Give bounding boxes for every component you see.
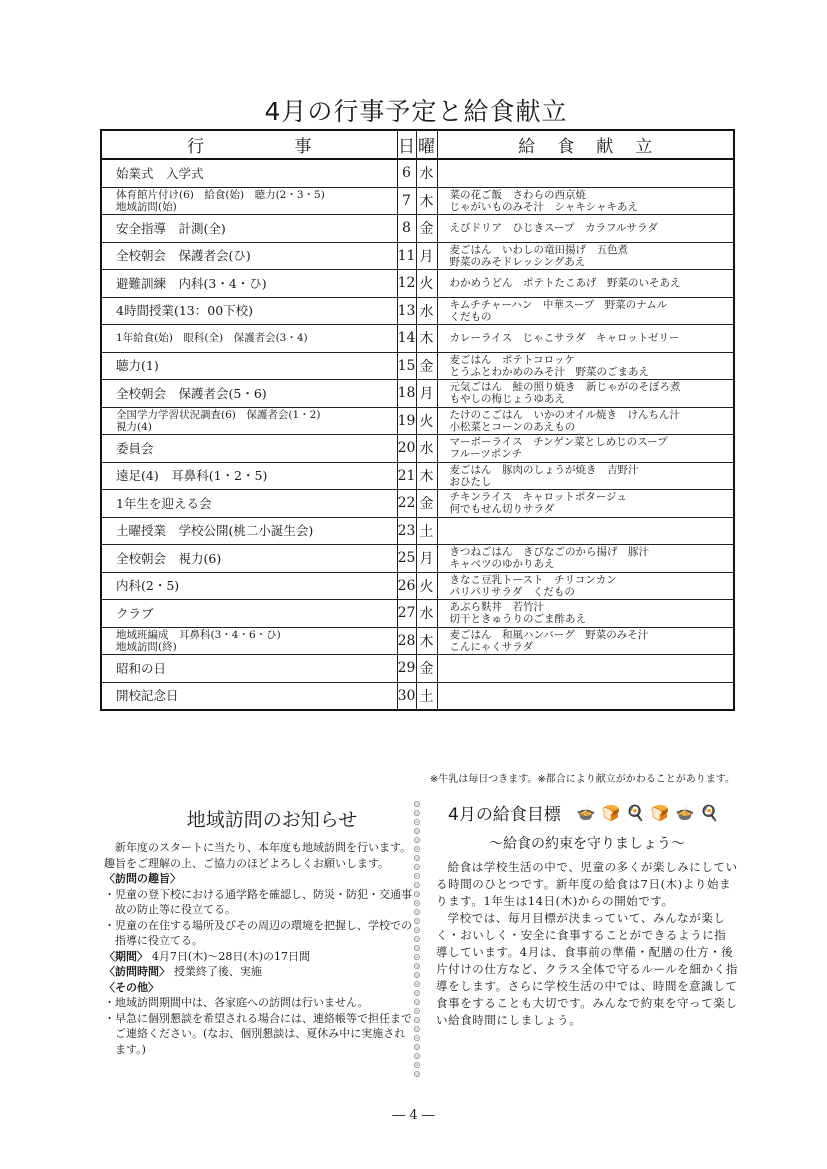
menu-line: パリパリサラダ くだもの [450,586,734,598]
food-icons: 🍲 🍞 🍳 🍞 🍲 🍳 [577,804,719,822]
event-cell: 内科(2・5) [101,572,397,600]
menu-line: 麦ごはん 豚肉のしょうが焼き 吉野汁 [450,464,734,476]
event-cell: 全校朝会 保護者会(5・6) [101,380,397,408]
day-cell: 29 [397,655,416,683]
event-line: クラブ [116,607,397,620]
visit-intro: 新年度のスタートに当たり、本年度も地域訪問を行います。趣旨をご理解の上、ご協力の… [104,840,412,871]
smiley-icon: ☹ [413,1007,420,1016]
smiley-icon: ☺ [413,998,420,1007]
event-line: 避難訓練 内科(3・4・ひ) [116,277,397,290]
smiley-icon: ☹ [413,872,420,881]
header-menu: 給 食 献 立 [437,130,734,159]
day-cell: 19 [397,407,416,435]
menu-cell: 麦ごはん ポテトコロッケとうふとわかめのみそ汁 野菜のごまあえ [437,352,734,380]
page-title: 4月の行事予定と給食献立 [100,92,732,128]
menu-line: フルーツポンチ [450,448,734,460]
other-item: ・地域訪問期間中は、各家庭への訪問は行いません。 [104,995,412,1011]
smiley-icon: ☺ [413,854,420,863]
smiley-icon: ☺ [413,989,420,998]
purpose-item: ・児童の登下校における通学路を確認し、防災・防犯・交通事故の防止等に役立てる。 [104,887,412,918]
smiley-icon: ☺ [413,917,420,926]
smiley-icon: ☺ [413,881,420,890]
event-cell: 安全指導 計測(全) [101,215,397,243]
menu-line: 麦ごはん ポテトコロッケ [450,354,734,366]
menu-line: チキンライス キャロットポタージュ [450,491,734,503]
menu-cell [437,682,734,710]
menu-cell: えびドリア ひじきスープ カラフルサラダ [437,215,734,243]
menu-cell: わかめうどん ポテトたこあげ 野菜のいそあえ [437,270,734,298]
smiley-icon: ☹ [413,818,420,827]
smiley-icon: ☺ [413,1025,420,1034]
menu-line: おひたし [450,476,734,488]
day-cell: 7 [397,187,416,215]
event-cell: 地域班編成 耳鼻科(3・4・6・ひ)地域訪問(終) [101,627,397,655]
smiley-icon: ☹ [413,899,420,908]
table-row: 避難訓練 内科(3・4・ひ)12火わかめうどん ポテトたこあげ 野菜のいそあえ [101,270,734,298]
smiley-icon: ☺ [413,1016,420,1025]
soup-bowl-icon: 🍲 [676,804,695,822]
menu-line: 麦ごはん いわしの竜田揚げ 五色煮 [450,244,734,256]
weekday-cell: 月 [416,380,437,408]
weekday-cell: 水 [416,435,437,463]
soup-bowl-icon: 🍲 [577,804,596,822]
table-row: 全校朝会 保護者会(5・6)18月元気ごはん 鮭の照り焼き 新じゃがのそぼろ煮も… [101,380,734,408]
header-dow: 曜 [416,130,437,159]
weekday-cell: 土 [416,517,437,545]
menu-line: こんにゃくサラダ [450,641,734,653]
schedule-table: 行 事 日 曜 給 食 献 立 始業式 入学式6水体育館片付け(6) 給食(始)… [100,129,735,711]
smiley-icon: ☺ [413,908,420,917]
table-row: 地域班編成 耳鼻科(3・4・6・ひ)地域訪問(終)28木麦ごはん 和風ハンバーグ… [101,627,734,655]
table-row: 1年給食(始) 眼科(全) 保護者会(3・4)14木カレーライス じゃこサラダ … [101,325,734,353]
header-menu-char: 立 [635,132,652,157]
weekday-cell: 月 [416,242,437,270]
event-line: 体育館片付け(6) 給食(始) 聴力(2・3・5) [116,189,397,201]
event-line: 地域班編成 耳鼻科(3・4・6・ひ) [116,629,397,641]
menu-line: わかめうどん ポテトたこあげ 野菜のいそあえ [450,277,734,289]
menu-cell: マーボーライス チンゲン菜としめじのスープフルーツポンチ [437,435,734,463]
table-row: 全校朝会 保護者会(ひ)11月麦ごはん いわしの竜田揚げ 五色煮野菜のみそドレッ… [101,242,734,270]
smiley-divider: ☺☺☹☺☺☹☺☺☹☺☺☹☺☺☹☺☺☹☺☺☹☺☺☹☺☺☹☺☺☹☺ [411,800,423,1090]
event-line: 内科(2・5) [116,579,397,592]
table-row: 始業式 入学式6水 [101,159,734,187]
menu-line: 元気ごはん 鮭の照り焼き 新じゃがのそぼろ煮 [450,381,734,393]
weekday-cell: 水 [416,600,437,628]
lunch-title: 4月の給食目標 [448,800,561,825]
period-label: 〈期間〉 [104,950,148,963]
menu-line: 麦ごはん 和風ハンバーグ 野菜のみそ汁 [450,629,734,641]
period-value: 4月7日(木)～28日(木)の17日間 [152,950,310,963]
table-row: 全国学力学習状況調査(6) 保護者会(1・2)視力(4)19火たけのこごはん い… [101,407,734,435]
smiley-icon: ☹ [413,926,420,935]
time-label: 〈訪問時間〉 [104,965,170,978]
lunch-goal: 4月の給食目標 🍲 🍞 🍳 🍞 🍲 🍳 ～給食の約束を守りましょう～ 給食は学校… [436,800,738,1029]
weekday-cell: 水 [416,159,437,187]
table-row: 委員会20水マーボーライス チンゲン菜としめじのスープフルーツポンチ [101,435,734,463]
menu-line: くだもの [450,311,734,323]
event-line: 土曜授業 学校公開(桃二小誕生会) [116,524,397,537]
event-line: 開校記念日 [116,689,397,702]
event-line: 全校朝会 視力(6) [116,552,397,565]
smiley-icon: ☺ [413,827,420,836]
event-cell: クラブ [101,600,397,628]
header-events-a: 行 [187,132,204,157]
event-line: 地域訪問(始) [116,201,397,213]
menu-line: 切干ときゅうりのごま酢あえ [450,613,734,625]
event-cell: 委員会 [101,435,397,463]
menu-cell: 元気ごはん 鮭の照り焼き 新じゃがのそぼろ煮もやしの梅じょうゆあえ [437,380,734,408]
menu-cell: 麦ごはん いわしの竜田揚げ 五色煮野菜のみそドレッシングあえ [437,242,734,270]
event-line: 安全指導 計測(全) [116,222,397,235]
event-line: 1年生を迎える会 [116,497,397,510]
event-line: 4時間授業(13：00下校) [116,304,397,317]
table-row: 昭和の日29金 [101,655,734,683]
day-cell: 12 [397,270,416,298]
period-row: 〈期間〉 4月7日(木)～28日(木)の17日間 [104,949,412,965]
purpose-item: ・児童の在住する場所及びその周辺の環境を把握し、学校での指導に役立てる。 [104,918,412,949]
menu-cell: 麦ごはん 豚肉のしょうが焼き 吉野汁おひたし [437,462,734,490]
smiley-icon: ☺ [413,935,420,944]
weekday-cell: 木 [416,627,437,655]
event-cell: 開校記念日 [101,682,397,710]
event-cell: 聴力(1) [101,352,397,380]
menu-cell: きなこ豆乳トースト チリコンカンパリパリサラダ くだもの [437,572,734,600]
menu-line: マーボーライス チンゲン菜としめじのスープ [450,436,734,448]
event-cell: 1年生を迎える会 [101,490,397,518]
fried-egg-icon: 🍳 [700,804,719,822]
day-cell: 28 [397,627,416,655]
smiley-icon: ☺ [413,836,420,845]
event-line: 昭和の日 [116,662,397,675]
weekday-cell: 火 [416,407,437,435]
menu-line: キムチチャーハン 中華スープ 野菜のナムル [450,299,734,311]
day-cell: 6 [397,159,416,187]
event-cell: 1年給食(始) 眼科(全) 保護者会(3・4) [101,325,397,353]
weekday-cell: 水 [416,297,437,325]
event-line: 全校朝会 保護者会(5・6) [116,387,397,400]
lunch-para-1: 給食は学校生活の中で、児童の多くが楽しみにしている時間のひとつです。新年度の給食… [436,859,738,910]
weekday-cell: 木 [416,187,437,215]
menu-line: キャベツのゆかりあえ [450,558,734,570]
day-cell: 20 [397,435,416,463]
weekday-cell: 金 [416,352,437,380]
menu-line: きなこ豆乳トースト チリコンカン [450,574,734,586]
event-line: 全国学力学習状況調査(6) 保護者会(1・2) [116,409,397,421]
smiley-icon: ☺ [413,962,420,971]
event-cell: 昭和の日 [101,655,397,683]
event-cell: 全校朝会 保護者会(ひ) [101,242,397,270]
smiley-icon: ☹ [413,1034,420,1043]
menu-cell: たけのこごはん いかのオイル焼き けんちん汁小松菜とコーンのあえもの [437,407,734,435]
table-header: 行 事 日 曜 給 食 献 立 [101,130,734,159]
menu-line: 何でもせん切りサラダ [450,503,734,515]
smiley-icon: ☺ [413,944,420,953]
weekday-cell: 火 [416,270,437,298]
menu-cell [437,159,734,187]
header-day: 日 [397,130,416,159]
smiley-icon: ☺ [413,863,420,872]
purpose-label: 〈訪問の趣旨〉 [104,871,412,887]
event-cell: 全校朝会 視力(6) [101,545,397,573]
day-cell: 23 [397,517,416,545]
menu-cell: あぶら麩丼 若竹汁切干ときゅうりのごま酢あえ [437,600,734,628]
smiley-icon: ☺ [413,1043,420,1052]
menu-line: カレーライス じゃこサラダ キャロットゼリー [450,332,734,344]
day-cell: 14 [397,325,416,353]
smiley-icon: ☺ [413,809,420,818]
smiley-icon: ☺ [413,890,420,899]
day-cell: 22 [397,490,416,518]
event-line: 聴力(1) [116,359,397,372]
menu-cell: 菜の花ご飯 さわらの西京焼じゃがいものみそ汁 シャキシャキあえ [437,187,734,215]
smiley-icon: ☺ [413,1070,420,1079]
day-cell: 27 [397,600,416,628]
menu-line: 小松菜とコーンのあえもの [450,421,734,433]
time-row: 〈訪問時間〉 授業終了後、実施 [104,964,412,980]
menu-cell: きつねごはん きびなごのから揚げ 豚汁キャベツのゆかりあえ [437,545,734,573]
header-events-b: 事 [294,132,311,157]
day-cell: 18 [397,380,416,408]
event-cell: 土曜授業 学校公開(桃二小誕生会) [101,517,397,545]
smiley-icon: ☹ [413,845,420,854]
table-row: 体育館片付け(6) 給食(始) 聴力(2・3・5)地域訪問(始)7木菜の花ご飯 … [101,187,734,215]
header-menu-char: 給 [518,132,535,157]
event-line: 始業式 入学式 [116,167,397,180]
weekday-cell: 土 [416,682,437,710]
day-cell: 25 [397,545,416,573]
menu-cell: カレーライス じゃこサラダ キャロットゼリー [437,325,734,353]
menu-line: えびドリア ひじきスープ カラフルサラダ [450,222,734,234]
day-cell: 30 [397,682,416,710]
page-number: ― 4 ― [0,1108,827,1123]
event-cell: 避難訓練 内科(3・4・ひ) [101,270,397,298]
smiley-icon: ☺ [413,971,420,980]
weekday-cell: 木 [416,462,437,490]
day-cell: 13 [397,297,416,325]
bread-icon: 🍞 [651,804,670,822]
menu-cell [437,517,734,545]
event-line: 遠足(4) 耳鼻科(1・2・5) [116,469,397,482]
menu-line: もやしの梅じょうゆあえ [450,393,734,405]
other-item: ・早急に個別懇談を希望される場合には、連絡帳等で担任までご連絡ください。(なお、… [104,1011,412,1058]
menu-line: あぶら麩丼 若竹汁 [450,601,734,613]
time-value: 授業終了後、実施 [174,965,262,978]
table-row: 聴力(1)15金麦ごはん ポテトコロッケとうふとわかめのみそ汁 野菜のごまあえ [101,352,734,380]
day-cell: 26 [397,572,416,600]
lunch-para-2: 学校では、毎月目標が決まっていて、みんなが楽しく・おいしく・安全に食事することが… [436,910,738,1029]
weekday-cell: 金 [416,215,437,243]
menu-line: とうふとわかめのみそ汁 野菜のごまあえ [450,366,734,378]
smiley-icon: ☹ [413,1061,420,1070]
event-cell: 始業式 入学式 [101,159,397,187]
event-cell: 遠足(4) 耳鼻科(1・2・5) [101,462,397,490]
visit-notice: 地域訪問のお知らせ 新年度のスタートに当たり、本年度も地域訪問を行います。趣旨を… [104,805,412,1057]
menu-line: じゃがいものみそ汁 シャキシャキあえ [450,201,734,213]
table-row: 開校記念日30土 [101,682,734,710]
event-line: 1年給食(始) 眼科(全) 保護者会(3・4) [116,332,397,344]
lunch-subtitle: ～給食の約束を守りましょう～ [436,833,738,853]
menu-line: 菜の花ご飯 さわらの西京焼 [450,189,734,201]
menu-cell: 麦ごはん 和風ハンバーグ 野菜のみそ汁こんにゃくサラダ [437,627,734,655]
event-line: 視力(4) [116,421,397,433]
menu-cell: キムチチャーハン 中華スープ 野菜のナムルくだもの [437,297,734,325]
menu-line: きつねごはん きびなごのから揚げ 豚汁 [450,546,734,558]
table-row: 1年生を迎える会22金チキンライス キャロットポタージュ何でもせん切りサラダ [101,490,734,518]
table-row: 全校朝会 視力(6)25月きつねごはん きびなごのから揚げ 豚汁キャベツのゆかり… [101,545,734,573]
footnote: ※牛乳は毎日つきます。※都合により献立がかわることがあります。 [430,770,735,785]
header-menu-char: 食 [557,132,574,157]
day-cell: 8 [397,215,416,243]
menu-line: 野菜のみそドレッシングあえ [450,256,734,268]
table-row: 4時間授業(13：00下校)13水キムチチャーハン 中華スープ 野菜のナムルくだ… [101,297,734,325]
weekday-cell: 金 [416,490,437,518]
table-row: 安全指導 計測(全)8金えびドリア ひじきスープ カラフルサラダ [101,215,734,243]
weekday-cell: 月 [416,545,437,573]
smiley-icon: ☹ [413,953,420,962]
event-line: 地域訪問(終) [116,641,397,653]
menu-cell: チキンライス キャロットポタージュ何でもせん切りサラダ [437,490,734,518]
table-row: 土曜授業 学校公開(桃二小誕生会)23土 [101,517,734,545]
menu-line: たけのこごはん いかのオイル焼き けんちん汁 [450,409,734,421]
day-cell: 15 [397,352,416,380]
event-line: 全校朝会 保護者会(ひ) [116,249,397,262]
visit-title: 地域訪問のお知らせ [104,805,412,832]
smiley-icon: ☹ [413,980,420,989]
event-cell: 体育館片付け(6) 給食(始) 聴力(2・3・5)地域訪問(始) [101,187,397,215]
menu-cell [437,655,734,683]
table-row: クラブ27水あぶら麩丼 若竹汁切干ときゅうりのごま酢あえ [101,600,734,628]
fried-egg-icon: 🍳 [626,804,645,822]
table-row: 遠足(4) 耳鼻科(1・2・5)21木麦ごはん 豚肉のしょうが焼き 吉野汁おひた… [101,462,734,490]
day-cell: 21 [397,462,416,490]
header-menu-char: 献 [596,132,613,157]
smiley-icon: ☺ [413,800,420,809]
weekday-cell: 金 [416,655,437,683]
event-cell: 4時間授業(13：00下校) [101,297,397,325]
day-cell: 11 [397,242,416,270]
event-line: 委員会 [116,442,397,455]
smiley-icon: ☺ [413,1052,420,1061]
table-row: 内科(2・5)26火きなこ豆乳トースト チリコンカンパリパリサラダ くだもの [101,572,734,600]
event-cell: 全国学力学習状況調査(6) 保護者会(1・2)視力(4) [101,407,397,435]
other-label: 〈その他〉 [104,980,412,996]
weekday-cell: 火 [416,572,437,600]
weekday-cell: 木 [416,325,437,353]
bread-icon: 🍞 [602,804,621,822]
header-events: 行 事 [101,130,397,159]
